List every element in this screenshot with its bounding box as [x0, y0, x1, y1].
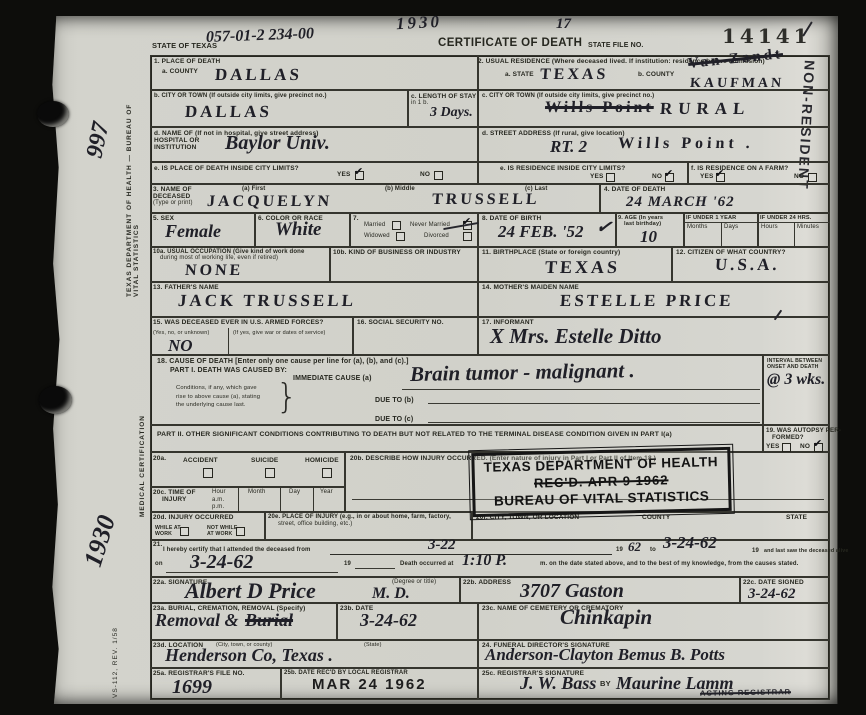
margin-medical-certification-label: MEDICAL CERTIFICATION	[139, 412, 146, 517]
received-stamp: TEXAS DEPARTMENT OF HEALTH REC'D. APR 9 …	[471, 447, 731, 517]
state-column-label: STATE	[786, 514, 807, 522]
field-18-label: 18. CAUSE OF DEATH [Enter only one cause…	[157, 358, 409, 367]
field-1-title: 1. PLACE OF DEATH	[154, 58, 220, 66]
field-23a-value: Removal &	[155, 611, 239, 629]
year-19-prefix: 19	[752, 548, 759, 556]
field-2f-farm-label: f. IS RESIDENCE ON A FARM?	[691, 165, 788, 173]
field-18-cause-a-value: Brain tumor - malignant .	[410, 360, 635, 385]
field-13-value: JACK TRUSSELL	[177, 292, 356, 309]
accident-label: ACCIDENT	[183, 457, 218, 465]
field-1a-county-label: a. COUNTY	[162, 68, 198, 76]
field-15-value: NO	[168, 337, 193, 354]
local-registrar-date-stamp: MAR 24 1962	[312, 677, 427, 692]
brace-glyph: }	[276, 380, 298, 414]
minutes-label: Minutes	[797, 224, 819, 232]
field-20d-label: 20d. INJURY OCCURRED	[153, 514, 234, 522]
checkbox-1e-yes: ✔	[355, 171, 364, 180]
day-label: Day	[289, 489, 300, 497]
field-2a-state-label: a. STATE	[505, 71, 534, 79]
divider	[684, 222, 830, 223]
days-label: Days	[724, 224, 738, 232]
acting-registrar-stamp: ACTING REGISTRAR	[700, 687, 791, 698]
field-2c-city-crossed: Wills Point	[544, 100, 654, 116]
field-10b-label: 10b. KIND OF BUSINESS OR INDUSTRY	[333, 249, 461, 257]
field-3-title3: (Type or print)	[153, 200, 193, 208]
checkbox-mark: ✔	[664, 168, 673, 179]
margin-form-code: VS-112, REV. 1/58	[112, 606, 119, 698]
under-1yr-label: IF UNDER 1 YEAR	[686, 215, 736, 222]
field-25a-value: 1699	[172, 677, 212, 697]
while-at-work-label2: WORK	[155, 531, 172, 538]
field-7-divorced-label: Divorced	[424, 233, 449, 241]
field-1a-county-value: DALLAS	[214, 66, 302, 83]
field-23d-value: Henderson Co, Texas .	[165, 646, 333, 664]
field-15-label: 15. WAS DECEASED EVER IN U.S. ARMED FORC…	[153, 319, 324, 327]
field-7-widowed-label: Widowed	[364, 233, 390, 241]
field-1b-city-value: DALLAS	[184, 103, 272, 120]
field-20c-label2: INJURY	[162, 496, 187, 504]
interval-label2: ONSET AND DEATH	[767, 364, 819, 371]
checkbox-2f-no	[808, 173, 817, 182]
field-4-value: 24 MARCH '62	[626, 195, 735, 210]
field-1d-hospital-value: Baylor Univ.	[225, 133, 330, 153]
margin-dept-vertical-label: TEXAS DEPARTMENT OF HEALTH — BUREAU OF V…	[126, 92, 140, 297]
hour-label: Hour	[212, 489, 226, 497]
field-18-due-c-label: DUE TO (c)	[375, 416, 413, 425]
yes-label: YES	[337, 171, 350, 179]
suicide-label: SUICIDE	[251, 457, 278, 465]
field-18-conditions-note: Conditions, if any, which gave rise to a…	[176, 384, 264, 410]
divider	[721, 222, 722, 247]
checkbox-widowed	[396, 232, 405, 241]
field-16-label: 16. SOCIAL SECURITY NO.	[357, 319, 444, 327]
no-label: NO	[800, 443, 810, 451]
year-19-prefix: 19	[344, 561, 351, 569]
field-2b-county-label: b. COUNTY	[638, 71, 674, 79]
field-1c-stay-value: 3 Days.	[430, 106, 473, 120]
not-while-label2: AT WORK	[207, 531, 232, 538]
certify-text-2: and last saw the deceased alive	[764, 548, 848, 555]
writing-line	[428, 403, 760, 404]
attended-to-date: 3-24-62	[663, 534, 717, 551]
checkbox-mark: ✔	[715, 168, 724, 179]
cell-7-marital	[350, 213, 478, 247]
field-10a-value: NONE	[184, 263, 243, 279]
checkbox-homicide	[322, 468, 332, 478]
checkbox-19-yes	[782, 443, 791, 452]
header-written-year: 1930	[396, 13, 443, 32]
field-21-no: 21.	[153, 541, 163, 549]
death-certificate-scan: 997 TEXAS DEPARTMENT OF HEALTH — BUREAU …	[0, 0, 866, 715]
field-2c-city-value: RURAL	[659, 100, 751, 117]
field-1d-hosp-label3: INSTITUTION	[154, 144, 196, 152]
under-24hr-label: IF UNDER 24 HRS.	[760, 215, 812, 222]
divider	[228, 328, 229, 355]
degree-or-title-label: (Degree or title)	[392, 579, 436, 587]
punch-hole-top	[37, 101, 69, 127]
field-1c-stay-sub: in 1 b.	[411, 100, 428, 108]
field-2d-street1: RT. 2	[550, 138, 587, 155]
homicide-label: HOMICIDE	[305, 457, 339, 465]
to-word: to	[650, 547, 656, 555]
punch-hole-bottom	[39, 386, 72, 414]
month-label: Month	[248, 489, 265, 497]
funeral-director-signature: Anderson-Clayton Bemus B. Potts	[485, 646, 725, 663]
field-19-label2: FORMED?	[772, 434, 804, 442]
field-2a-state-value: TEXAS	[539, 67, 608, 83]
field-8-pen-check: ✓	[595, 217, 613, 238]
field-3c-last-value: TRUSSELL	[431, 192, 540, 208]
field-5-value: Female	[165, 222, 221, 240]
writing-line	[355, 568, 395, 569]
months-label: Months	[687, 224, 708, 232]
field-23d-sub2: (State)	[364, 642, 382, 649]
checkbox-1e-no	[434, 171, 443, 180]
year-19-prefix: 19	[616, 547, 623, 555]
field-14-value: ESTELLE PRICE	[559, 292, 734, 309]
checkbox-suicide	[265, 468, 275, 478]
checkbox-mark: ✔	[813, 438, 822, 449]
field-15-sub2: (If yes, give war or dates of service)	[233, 330, 326, 337]
field-11-label: 11. BIRTHPLACE (State or foreign country…	[482, 249, 620, 257]
divider	[313, 487, 314, 512]
certificate-title: CERTIFICATE OF DEATH	[438, 36, 582, 50]
checkbox-19-no: ✔	[814, 443, 823, 452]
field-17-value: X Mrs. Estelle Ditto	[490, 326, 662, 347]
attended-from-date: 3-22	[428, 538, 456, 553]
field-18-immediate-label: IMMEDIATE CAUSE (a)	[293, 375, 372, 384]
field-2d-street2: Wills Point .	[617, 136, 754, 152]
yes-label: YES	[590, 173, 603, 181]
last-alive-date: 3-24-62	[190, 552, 253, 572]
field-18-interval-value: @ 3 wks.	[767, 372, 825, 388]
field-8-value: 24 FEB. '52	[498, 223, 584, 240]
divider	[238, 487, 239, 512]
year-label: Year	[320, 489, 333, 497]
checkbox-2e-yes	[606, 173, 615, 182]
checkbox-divorced	[463, 232, 472, 241]
on-word: on	[155, 561, 163, 569]
field-12-value: U.S.A.	[714, 256, 780, 273]
field-18-part1: PART I. DEATH WAS CAUSED BY:	[170, 367, 287, 376]
header-written-no: 17	[556, 17, 571, 32]
death-time-value: 1:10 P.	[462, 553, 507, 569]
yes-label: YES	[700, 173, 713, 181]
field-11-value: TEXAS	[544, 258, 620, 276]
divider	[280, 487, 281, 512]
field-1b-city-label: b. CITY OR TOWN (If outside city limits,…	[154, 93, 327, 101]
checkbox-accident	[203, 468, 213, 478]
field-2b-county-value: KAUFMAN	[690, 77, 785, 91]
checkbox-2f-yes: ✔	[716, 173, 725, 182]
hours-label: Hours	[761, 224, 778, 232]
checkbox-mark: ✔	[354, 166, 363, 177]
field-20e-label2: street, office building, etc.)	[278, 521, 352, 529]
yes-label: YES	[766, 443, 779, 451]
physician-signature: Albert D Price	[185, 580, 316, 602]
checkbox-2e-no: ✔	[665, 173, 674, 182]
field-3b-middle-label: (b) Middle	[385, 186, 415, 194]
registrar-signature: J. W. Bass	[520, 674, 596, 692]
field-7-label: 7.	[353, 215, 359, 223]
field-18-part2: PART II. OTHER SIGNIFICANT CONDITIONS CO…	[157, 431, 672, 439]
divider	[794, 222, 795, 247]
no-label: NO	[652, 173, 662, 181]
field-22b-label: 22b. ADDRESS	[463, 579, 511, 587]
field-22c-value: 3-24-62	[748, 587, 796, 602]
field-7-married-label: Married	[364, 222, 385, 230]
field-23a-crossed: Burial	[245, 611, 293, 629]
field-20a-label: 20a.	[153, 455, 166, 463]
field-2e-limits-label: e. IS RESIDENCE INSIDE CITY LIMITS?	[500, 165, 625, 173]
field-9-value: 10	[640, 228, 657, 245]
state-file-no-label: STATE FILE NO.	[588, 42, 644, 51]
by-label: BY	[600, 679, 611, 688]
field-23b-value: 3-24-62	[360, 611, 417, 629]
field-4-label: 4. DATE OF DEATH	[604, 186, 665, 194]
attended-from-year: 62	[628, 540, 641, 553]
checkbox-while-at-work	[180, 527, 189, 536]
no-label: NO	[794, 173, 804, 181]
county-column-label: COUNTY	[642, 514, 670, 522]
writing-line	[428, 422, 760, 423]
writing-line	[402, 389, 760, 390]
physician-degree: M. D.	[372, 586, 410, 602]
certify-text-4: m. on the date stated above, and to the …	[540, 561, 798, 569]
field-1e-limits-label: e. IS PLACE OF DEATH INSIDE CITY LIMITS?	[154, 165, 299, 173]
field-18-due-b-label: DUE TO (b)	[375, 397, 414, 406]
pm-label: p.m.	[212, 504, 224, 512]
field-6-value: White	[275, 220, 321, 239]
state-file-no-stamp: 14141	[722, 26, 812, 46]
no-label: NO	[420, 171, 430, 179]
field-23c-value: Chinkapin	[560, 607, 652, 628]
field-22b-value: 3707 Gaston	[520, 581, 624, 601]
checkbox-married	[392, 221, 401, 230]
field-3a-first-value: JACQUELYN	[206, 194, 332, 210]
death-occurred-at-text: Death occurred at	[400, 561, 454, 569]
checkbox-not-while-at-work	[236, 527, 245, 536]
